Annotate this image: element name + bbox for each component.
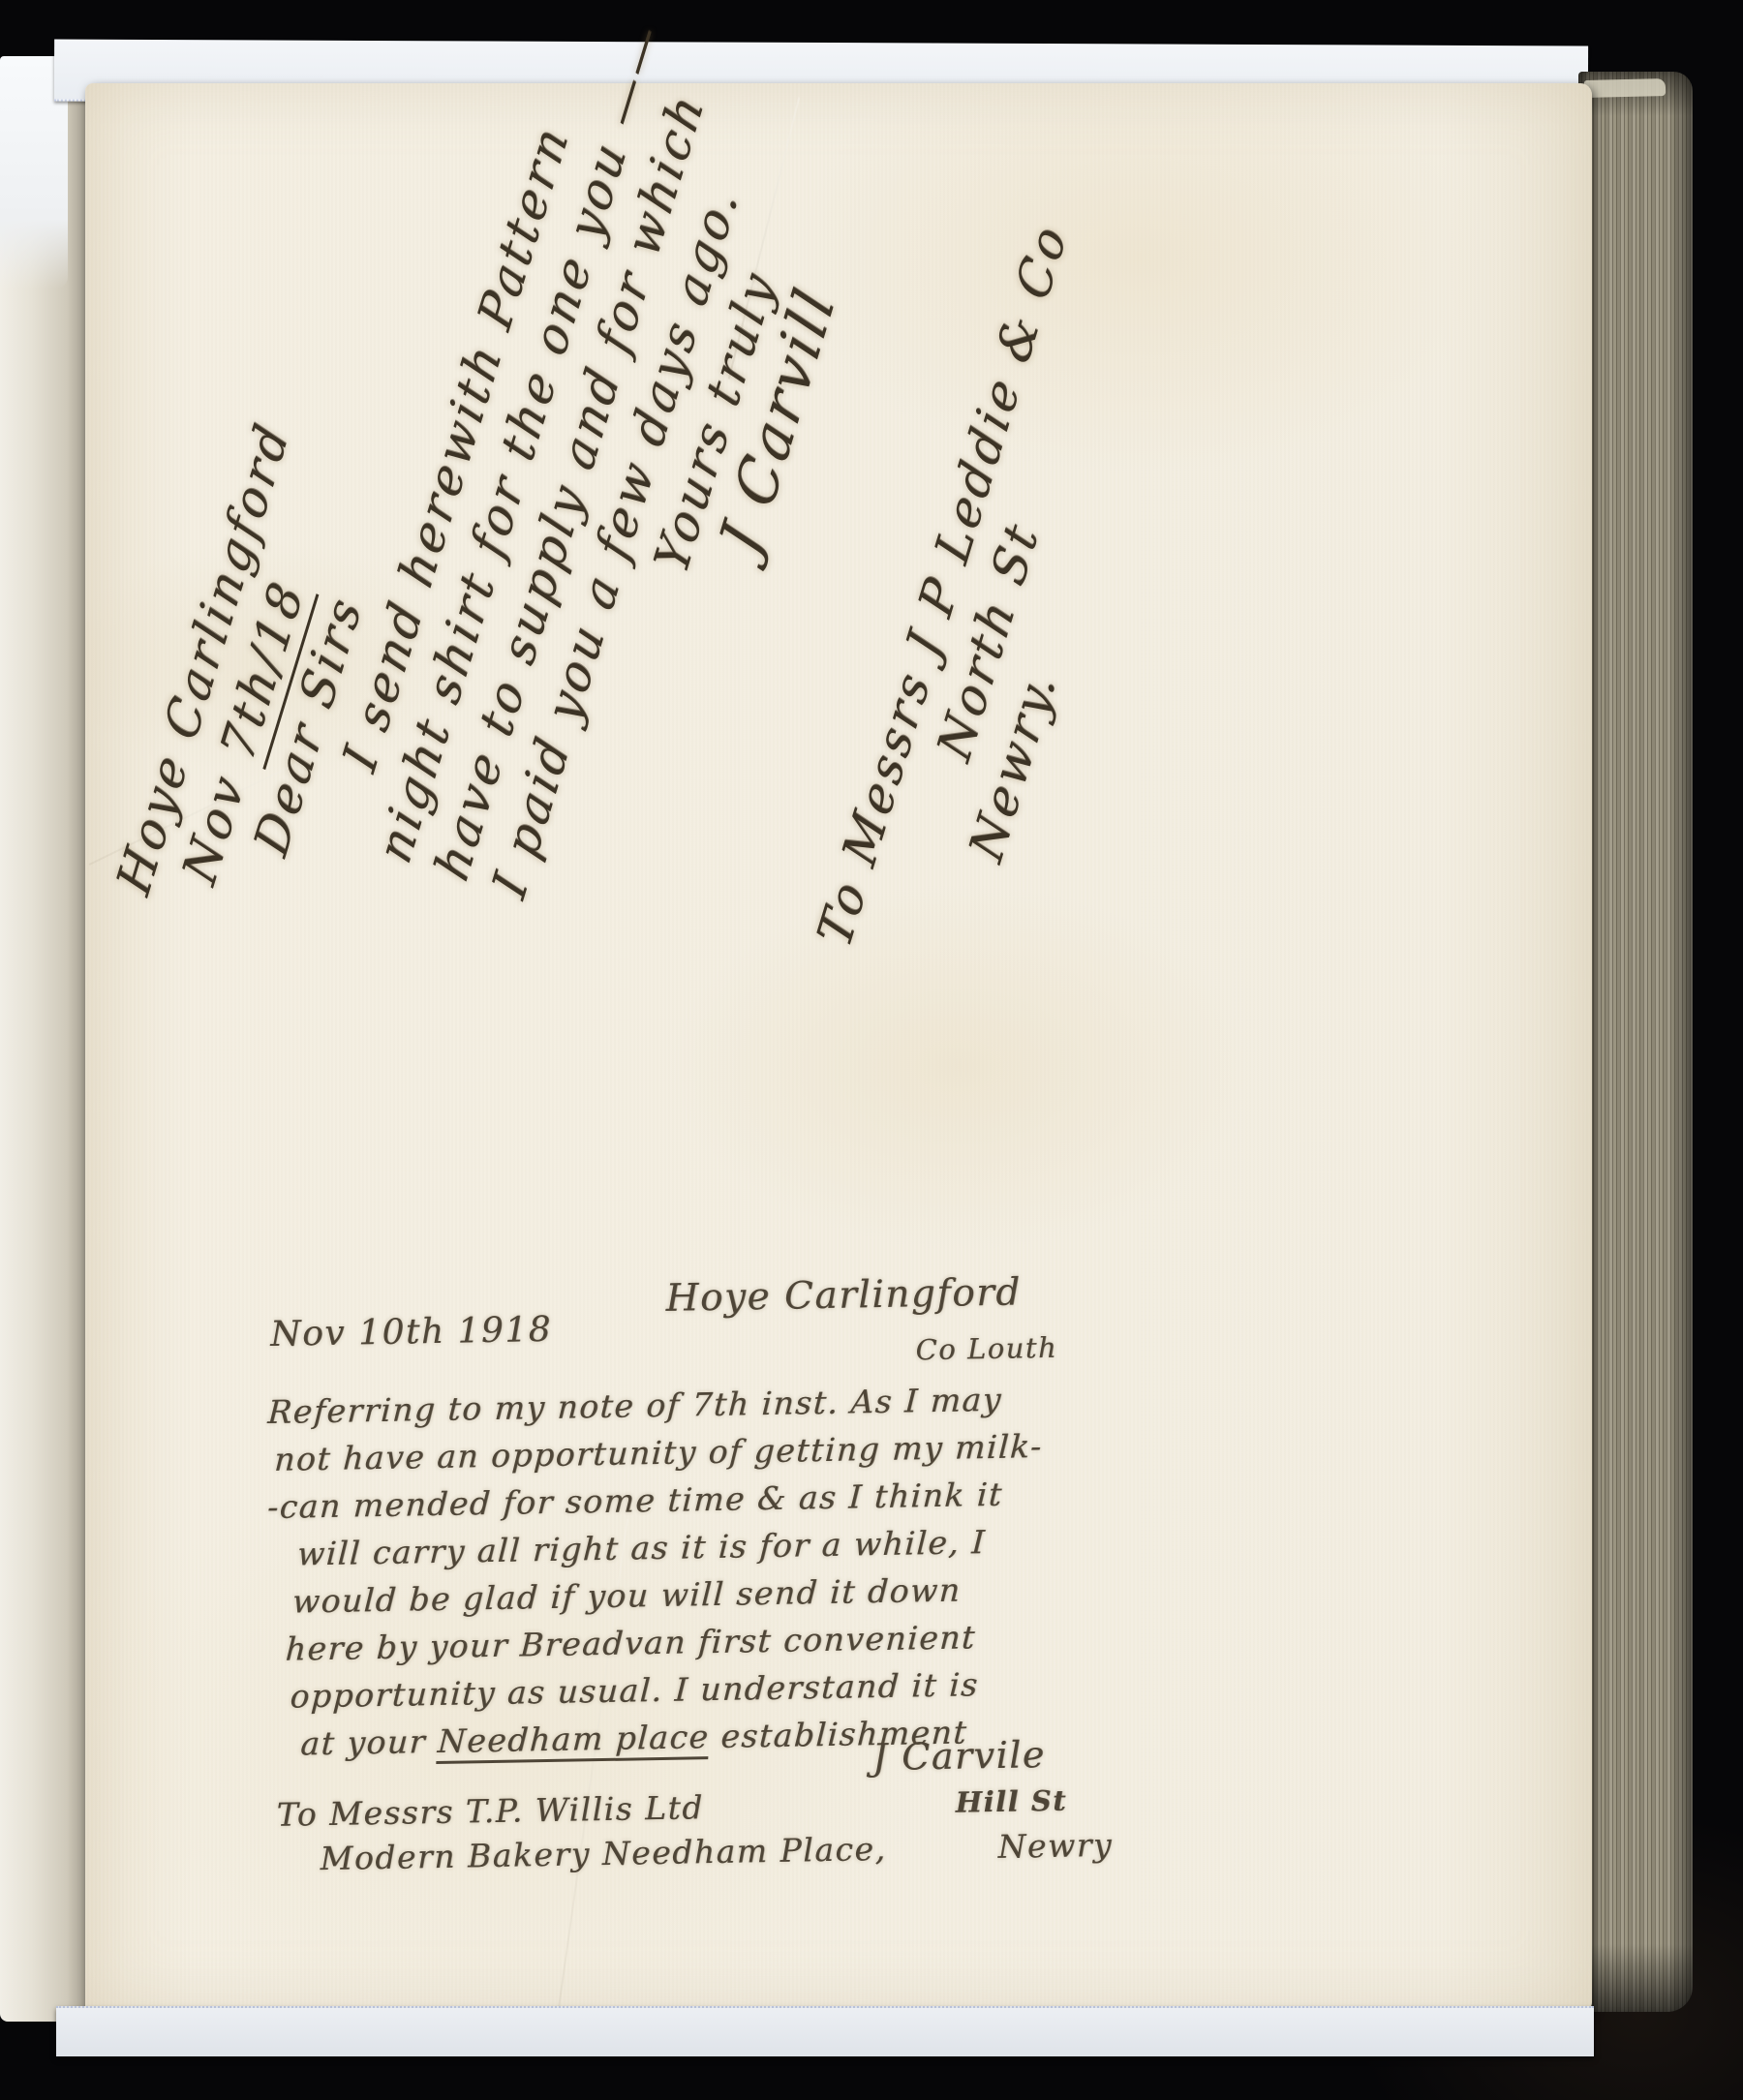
signature: J Carvile — [871, 1731, 1046, 1781]
interleaf-tissue-bottom — [56, 2006, 1594, 2056]
book-fore-edge-page-stack — [1578, 72, 1693, 2012]
address-line: Modern Bakery Needham Place, — [320, 1825, 887, 1882]
letter-body: Referring to my note of 7th inst. As I m… — [265, 1375, 1048, 1768]
letter-nov-10: Hoye Carlingford Co Louth Nov 10th 1918 … — [263, 1272, 1165, 1927]
body-line-part: at your — [300, 1722, 439, 1763]
underlined-place-name: Needham place — [437, 1718, 711, 1764]
letter-book-photograph: Hoye Carlingford Nov 7th/18 Dear Sirs I … — [0, 0, 1743, 2100]
date-line: Nov 10th 1918 — [270, 1306, 553, 1358]
inserted-street-line: Hill St — [955, 1778, 1067, 1827]
letterhead-county-line: Co Louth — [915, 1324, 1057, 1375]
previous-page-edge — [0, 56, 89, 2022]
letterhead-place-line: Hoye Carlingford — [665, 1268, 1022, 1322]
address-town-line: Newry — [997, 1821, 1113, 1871]
